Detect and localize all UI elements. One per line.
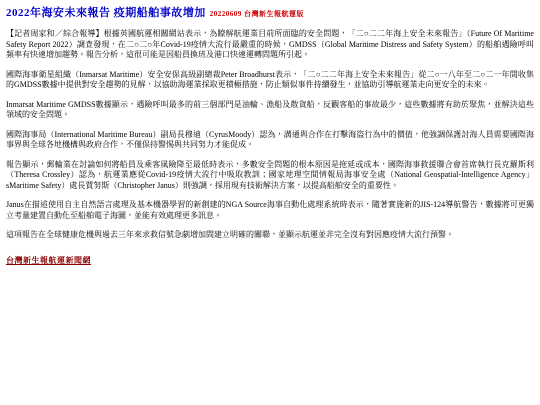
article-paragraph: 國際海事局（International Maritime Bureau）副局長穆… bbox=[6, 130, 534, 151]
article-paragraph: 這項報告在全球健康危機與過去三年來求救信號急劇增加間建立明確的關聯，並顯示航運並… bbox=[6, 230, 534, 241]
article-header: 2022年海安未來報告 疫期船舶事故增加20220609 台灣新生報航運版 bbox=[6, 5, 534, 21]
article-paragraph: Janus在描述使用自主自然語言處理及基本機器學習的新創建的NGA Source… bbox=[6, 200, 534, 221]
article-paragraph: Inmarsat Maritime GMDSS數據顯示，遇險呼叫最多的前三個部門… bbox=[6, 100, 534, 121]
article-paragraph: 報告顯示，郵輪業在討論如何將船員及乘客風險降至最低時表示，多數安全問題的根本原因… bbox=[6, 160, 534, 192]
article-page: 2022年海安未來報告 疫期船舶事故增加20220609 台灣新生報航運版 【記… bbox=[0, 0, 540, 405]
article-paragraph: 國際海事衛星組織（Inmarsat Maritime）安全安保高級副總裁Pete… bbox=[6, 70, 534, 91]
article-body: 【記者周家和／綜合報導】根據英國航運相關網站表示，為瞭解航運業目前所面臨的安全問… bbox=[6, 29, 534, 241]
article-title: 2022年海安未來報告 疫期船舶事故增加 bbox=[6, 7, 206, 19]
article-date-source: 20220609 台灣新生報航運版 bbox=[210, 10, 304, 18]
article-paragraph: 【記者周家和／綜合報導】根據英國航運相關網站表示，為瞭解航運業目前所面臨的安全問… bbox=[6, 29, 534, 61]
footer-link-shipping-news[interactable]: 台灣新生報航運新聞網 bbox=[6, 255, 91, 266]
